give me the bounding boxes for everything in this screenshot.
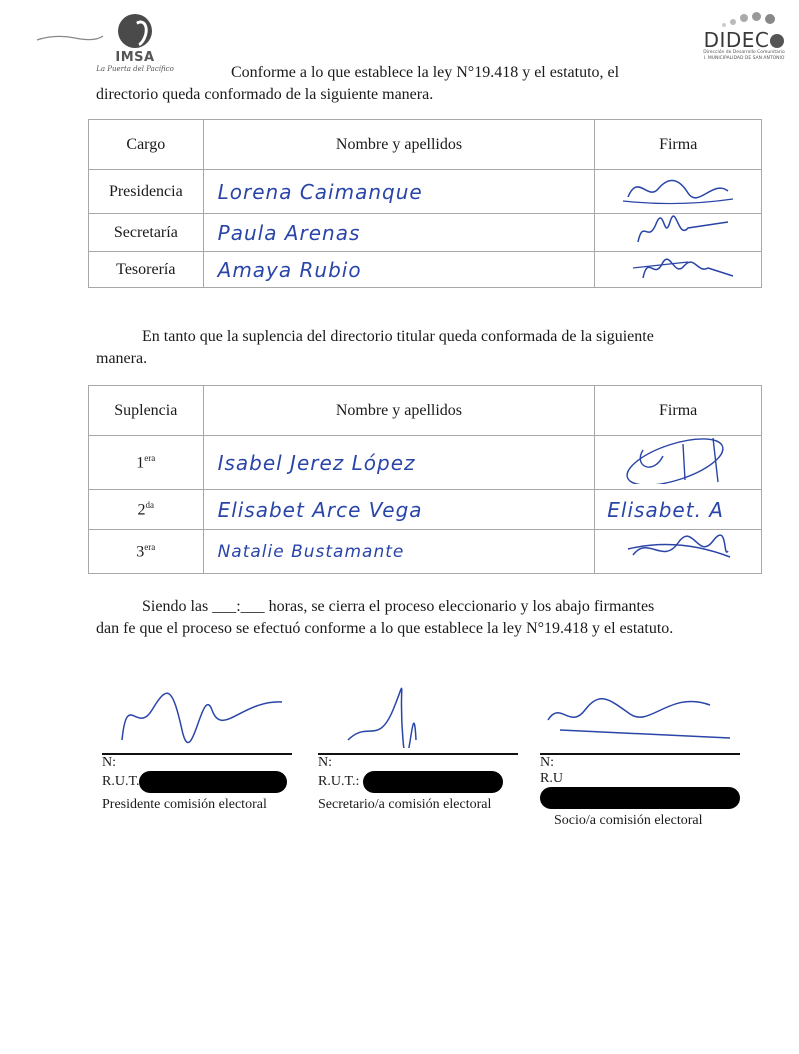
signature-scrawl-icon xyxy=(618,214,738,246)
role-label: Presidente comisión electoral xyxy=(102,797,292,813)
imsa-logo-tagline: La Puerta del Pacífico xyxy=(95,65,175,73)
header-firma: Firma xyxy=(595,386,762,436)
name-label: N: xyxy=(540,755,730,771)
dideco-logo-name: DIDEC xyxy=(690,30,798,50)
nombre-cell: Lorena Caimanque xyxy=(203,170,595,214)
imsa-logo: IMSA La Puerta del Pacífico xyxy=(95,4,175,80)
table-row: Secretaría Paula Arenas xyxy=(89,214,762,252)
firma-cell xyxy=(595,170,762,214)
cargo-cell: Presidencia xyxy=(89,170,204,214)
rut-field: R.U.T. xyxy=(102,771,292,793)
signature-scrawl-icon xyxy=(618,252,738,282)
signature-scrawl-icon xyxy=(618,171,738,207)
nombre-cell: Natalie Bustamante xyxy=(203,530,595,574)
suplencia-intro: En tanto que la suplencia del directorio… xyxy=(96,326,776,370)
nombre-cell: Paula Arenas xyxy=(203,214,595,252)
directorio-table: Cargo Nombre y apellidos Firma Presidenc… xyxy=(88,119,762,288)
nombre-cell: Elisabet Arce Vega xyxy=(203,490,595,530)
suplencia-table: Suplencia Nombre y apellidos Firma 1era … xyxy=(88,385,762,574)
firma-cell xyxy=(595,252,762,288)
suplencia-num-cell: 2da xyxy=(89,490,204,530)
firma-cell xyxy=(595,214,762,252)
imsa-emblem-icon xyxy=(118,14,152,48)
table-row: Presidencia Lorena Caimanque xyxy=(89,170,762,214)
rut-field: R.U.T.: xyxy=(318,771,508,793)
table-row: 1era Isabel Jerez López xyxy=(89,436,762,490)
firma-cell: Elisabet. A xyxy=(595,490,762,530)
signature-block-president: N: R.U.T. Presidente comisión electoral xyxy=(102,680,292,813)
header-nombre: Nombre y apellidos xyxy=(203,120,595,170)
firma-cell xyxy=(595,530,762,574)
table-header-row: Suplencia Nombre y apellidos Firma xyxy=(89,386,762,436)
nombre-cell: Amaya Rubio xyxy=(203,252,595,288)
name-label: N: xyxy=(318,755,508,771)
table-row: 3era Natalie Bustamante xyxy=(89,530,762,574)
redaction-bar xyxy=(363,771,503,793)
cargo-cell: Tesorería xyxy=(89,252,204,288)
header-suplencia: Suplencia xyxy=(89,386,204,436)
table-header-row: Cargo Nombre y apellidos Firma xyxy=(89,120,762,170)
cargo-cell: Secretaría xyxy=(89,214,204,252)
header-firma: Firma xyxy=(595,120,762,170)
signature-block-secretary: N: R.U.T.: Secretario/a comisión elector… xyxy=(318,680,508,813)
header-nombre: Nombre y apellidos xyxy=(203,386,595,436)
redaction-bar xyxy=(540,787,740,809)
dideco-subtitle-2: I. MUNICIPALIDAD DE SAN ANTONIO xyxy=(690,56,798,62)
signature-scrawl-icon xyxy=(618,531,738,567)
role-label: Secretario/a comisión electoral xyxy=(318,797,508,813)
signature-scrawl-icon xyxy=(613,436,743,484)
name-label: N: xyxy=(102,755,292,771)
suplencia-num-cell: 1era xyxy=(89,436,204,490)
suplencia-num-cell: 3era xyxy=(89,530,204,574)
dideco-logo: DIDEC Dirección de Desarrollo Comunitari… xyxy=(690,8,798,70)
role-label: Socio/a comisión electoral xyxy=(540,813,730,829)
header-cargo: Cargo xyxy=(89,120,204,170)
intro-line-2: directorio queda conformado de la siguie… xyxy=(96,84,433,106)
firma-cell xyxy=(595,436,762,490)
signature-scrawl-icon xyxy=(318,680,508,748)
table-row: 2da Elisabet Arce Vega Elisabet. A xyxy=(89,490,762,530)
intro-line-1: Conforme a lo que establece la ley N°19.… xyxy=(231,62,619,84)
imsa-logo-name: IMSA xyxy=(95,50,175,65)
redaction-bar xyxy=(139,771,287,793)
signature-scrawl-icon xyxy=(540,680,740,748)
signature-block-member: N: R.U Socio/a comisión electoral xyxy=(540,680,730,829)
rut-field: R.U xyxy=(540,771,730,809)
table-row: Tesorería Amaya Rubio xyxy=(89,252,762,288)
closing-paragraph: Siendo las ___:___ horas, se cierra el p… xyxy=(96,596,786,640)
signature-scrawl-icon xyxy=(102,680,292,748)
dideco-dots-icon xyxy=(690,8,798,30)
nombre-cell: Isabel Jerez López xyxy=(203,436,595,490)
